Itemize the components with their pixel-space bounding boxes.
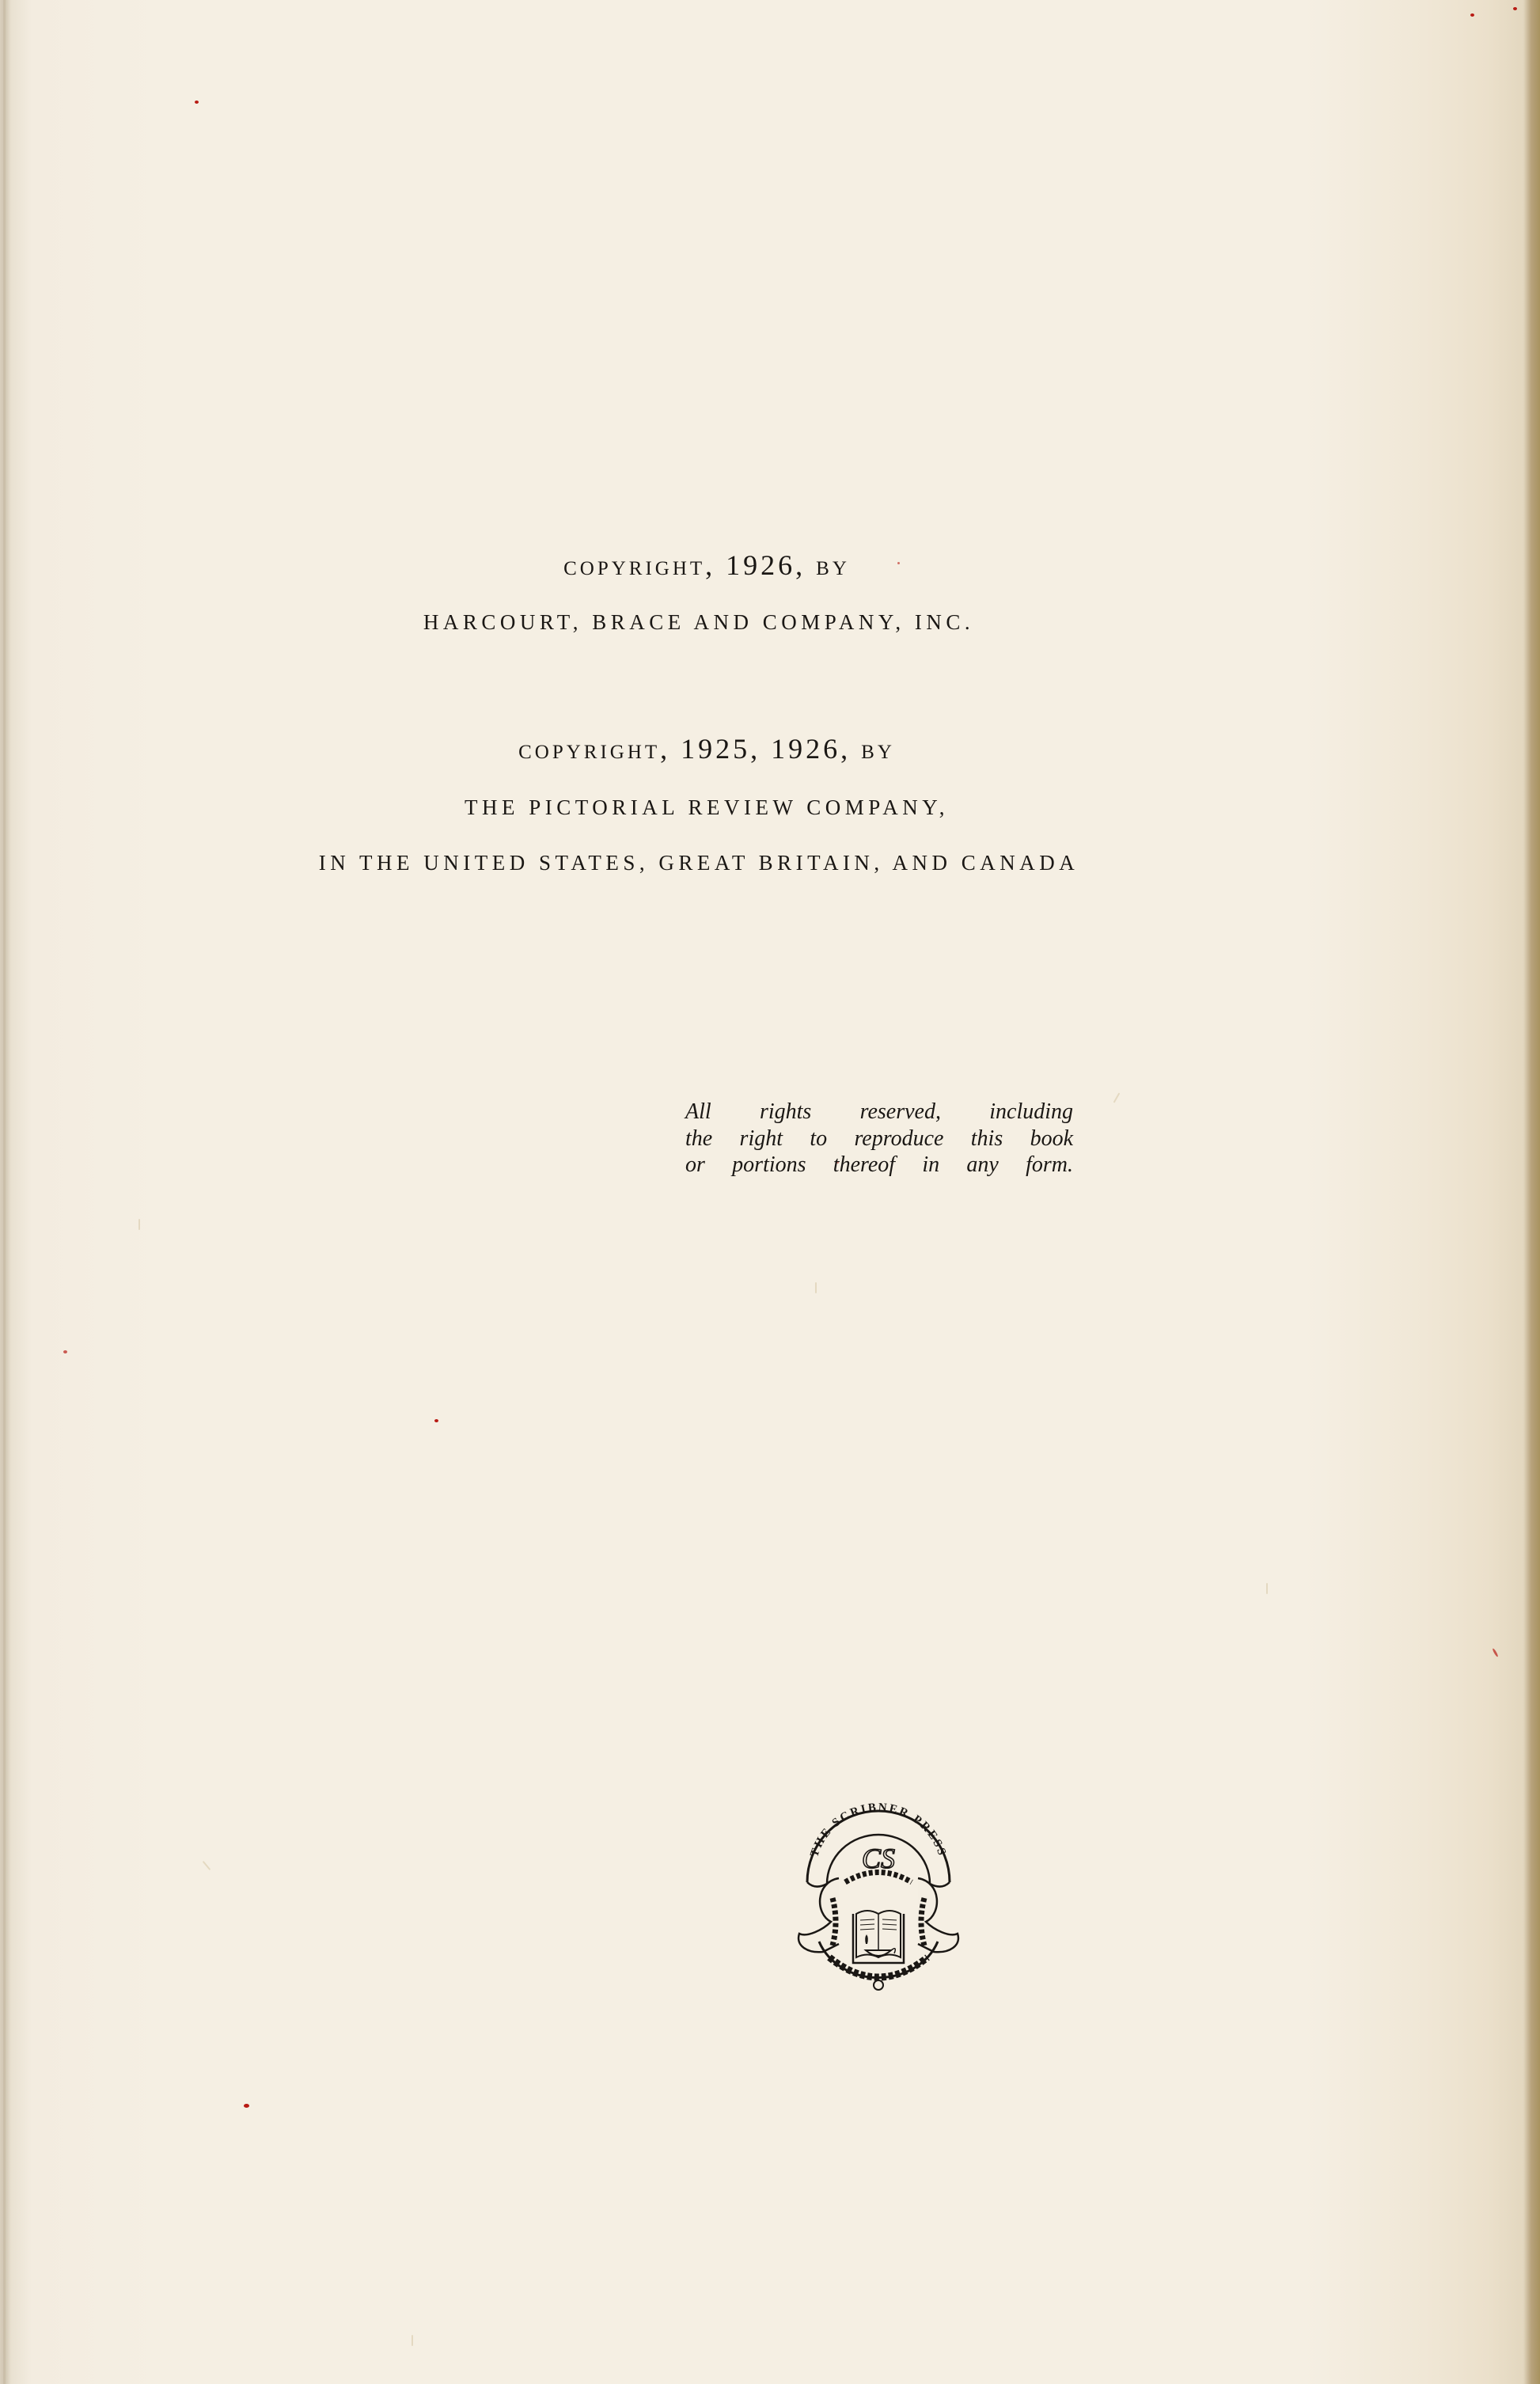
rights-line-1: All rights reserved, including: [685, 1099, 1073, 1126]
paper-speck: [1492, 1648, 1499, 1657]
paper-speck: [1513, 7, 1517, 10]
paper-speck: [1470, 13, 1474, 17]
rights-line-3: or portions thereof in any form.: [685, 1152, 1073, 1179]
rights-reserved-notice: All rights reserved, including the right…: [685, 1099, 1073, 1179]
paper-speck: [63, 1350, 67, 1353]
paper-fiber: [412, 2335, 413, 2346]
paper-speck: [244, 2104, 249, 2108]
page-edge-shadow: [3, 0, 6, 2384]
paper-speck: [195, 101, 199, 104]
svg-text:CS: CS: [862, 1843, 895, 1874]
paper-fiber: [138, 1219, 140, 1230]
territory-line: IN THE UNITED STATES, GREAT BRITAIN, AND…: [0, 847, 1469, 879]
paper-speck: [434, 1419, 438, 1422]
paper-fiber: [1113, 1092, 1121, 1103]
copyright-line-1926: COPYRIGHT, 1926, BY: [0, 549, 1477, 581]
publisher-pictorial-review: THE PICTORIAL REVIEW COMPANY,: [0, 792, 1477, 823]
paper-fiber: [815, 1282, 817, 1293]
paper-fiber: [1266, 1583, 1268, 1594]
scribner-press-emblem-icon: THE SCRIBNER PRESS CS: [783, 1795, 973, 2005]
copyright-line-1925-1926: COPYRIGHT, 1925, 1926, BY: [0, 733, 1477, 765]
paper-fiber: [203, 1861, 211, 1870]
publisher-harcourt-brace: HARCOURT, BRACE AND COMPANY, INC.: [0, 606, 1469, 638]
book-page: COPYRIGHT, 1926, BY HARCOURT, BRACE AND …: [0, 0, 1540, 2384]
rights-line-2: the right to reproduce this book: [685, 1126, 1073, 1152]
